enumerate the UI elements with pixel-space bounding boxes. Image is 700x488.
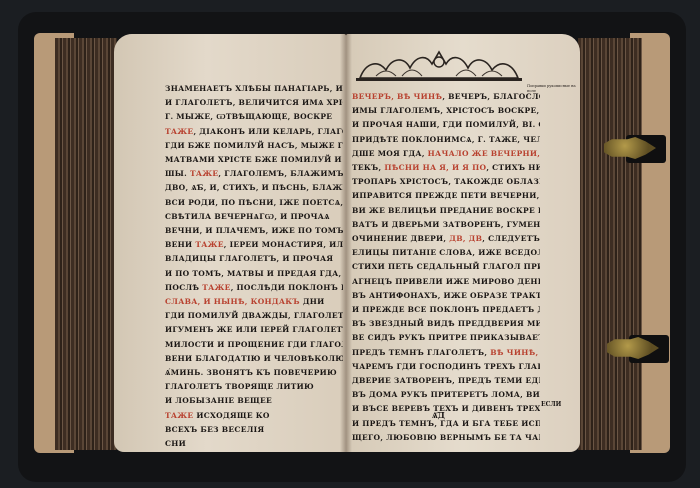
page-edges-right (578, 38, 642, 450)
text-line: ШЫ. ТАЖЕ, ГЛАГОЛЕМЪ, БЛАЖИМЪ ТѦ ВСИ РОДИ (165, 167, 343, 181)
brass-clasp-bottom (607, 333, 667, 363)
folio-number: Ѧ҃Д (432, 410, 445, 420)
text-line: И ВЪСЕ ВЕРЕВЪ ТЕХЪ И ДИВЕНЪ ТРЕХЪ ТРЕХЪ (352, 402, 540, 416)
text-line: ВЪ ДОМА РУКЪ ПРИТЕРЕТЪ ЛОМА, ВИДѢНИЕ РУК… (352, 388, 540, 402)
text-line: ТЕКЪ, ПѢСНИ НА Я, И Я ПО, СТИХЪ НИ (352, 161, 540, 175)
text-line: И ГЛАГОЛЕТЪ, ВЕЛИЧИТСЯ ИМѦ ХРІСТОВ ВІНКР… (165, 96, 343, 110)
text-line: И ПРОЧАЯ НАШИ, ГДИ ПОМИЛУЙ, ВІ. СЛАВА, И… (352, 118, 540, 132)
text-line: И ПРЕЖДЕ ВСЕ ПОКЛОНЪ ПРЕДАЕТЪ ДВЕРИ ЗАТВ… (352, 303, 540, 317)
text-line: ВСИ РОДИ, ПО ПѢСНИ, ІЖЕ ПОЕТСѦ, Ѧ, ВЕЧЕР (165, 196, 343, 210)
text-line: ПРЕДЪ ТЕМНЪ ГЛАГОЛЕТЪ, ВѢ ЧИНѢ, ГДИ, ВЕЛ… (352, 346, 540, 360)
text-line: Ѧ́МИНЬ. ЗВОНЯТЪ КЪ ПОВЕЧЕРИЮ (165, 366, 343, 380)
text-line: ВИ ЖЕ ВЕЛИЦѢИ ПРЕДАНИЕ ВОСКРЕ ПОЧЕТИ ЕГО… (352, 204, 540, 218)
text-line: ВЕ СИДЪ РУКЪ ПРИТРЕ ПРИКАЗЫВАЕТЪ ТЕМНЫХЪ (352, 331, 540, 345)
text-line: ВЛАДИЦЫ ГЛАГОЛЕТЪ, И ПРОЧАЯ (165, 252, 343, 266)
text-line: ЩЕГО, ЛЮБОВІЮ ВЕРНЫМЪ БЕ ТА ЧАКІАЕТЕ (352, 431, 540, 445)
text-line: СВѢТИЛА ВЕЧЕРНѦГѠ, И ПРОЧАѦ (165, 210, 343, 224)
text-line: ТАЖЕ ИСХОДЯЩЕ КО (165, 409, 343, 423)
text-line: И ПРЕДЪ ТЕМНЪ, ГДА И БГА ТЕБЕ ИСПОВЕДА, … (352, 417, 540, 431)
headpiece-ornament-icon (356, 48, 522, 84)
text-line: ИГУМЕНЪ ЖЕ ИЛИ ІЕРЕЙ ГЛАГОЛЕТЪ БЛАГОВЕНИ… (165, 323, 343, 337)
text-line: ВЕНИ БЛАГОДАТІЮ И ЧЕЛОВѢКОЛЮБІЕМЪ (165, 352, 343, 366)
text-line: МИЛОСТИ И ПРОЩЕНИЕ ГДИ ГЛАГОЛЕТЪ (165, 338, 343, 352)
text-line: ВАТЪ И ДВЕРЬМИ ЗАТВОРЕНЪ, ГУМЕНЪ ИНАЧЕ (352, 218, 540, 232)
text-line: ОЧИНЕНИЕ ДВЕРИ, ДВ, ДВ, СЛЕДУЕТЪ ИЖЕ, МИ… (352, 232, 540, 246)
text-line: ВЪ АНТИФОНАХЪ, ИЖЕ ОБРАЗЕ ТРАКТЪ СВЯЩЕН (352, 289, 540, 303)
text-line: ИМЫ ГЛАГОЛЕМЪ, ХРІСТОСЪ ВОСКРЕ, Г. И ТРО… (352, 104, 540, 118)
text-line: ВЕЧНИ, И ПЛАЧЕМЪ, ИЖЕ ПО ТОМЪ (165, 224, 343, 238)
text-line: ПОСЛѢ ТАЖЕ, ПОСЛѢДИ ПОКЛОНЪ И ПРОЧАЯ (165, 281, 343, 295)
text-line: И ЛОБЫЗАНІЕ ВЕЩЕЕ (165, 394, 343, 408)
text-line: ТАЖЕ, ДІАКОНЪ ИЛИ КЕЛАРЬ, ГЛАГОЛЕТЪ (165, 125, 343, 139)
text-line: ДВЕРИЕ ЗАТВОРЕНЪ, ПРЕДЪ ТЕМИ ЕДИНЪ МИРЪ (352, 374, 540, 388)
text-line: ВЕЧЕРЪ, ВѢ ЧИНѢ, ВЕЧЕРЪ, БЛАГОСЛОВЕНЪ (352, 90, 540, 104)
text-line: ТРОПАРЬ ХРІСТОСЪ, ТАКОЖДЕ ОБЛАЗНИ, ИЖЕ И (352, 175, 540, 189)
text-line: ДВО, Ѧ̃Б, И, СТИХЪ, И ПѢСНЬ, БЛАЖИМЪ (165, 181, 343, 195)
text-line: СЛАВА, И НЫНѢ, КОНДАКЪ ДНИ (165, 295, 343, 309)
text-line: ГЛАГОЛЕТЪ ТВОРЯЩЕ ЛИТИЮ (165, 380, 343, 394)
text-line: Г. МЫЖЕ, ѠТВѢЩАЮЩЕ, ВОСКРЕ (165, 110, 343, 124)
page-edges-left (55, 38, 117, 450)
left-page-text: ЗНАМЕНАЕТЪ ХЛѢБЫ ПАНАГІАРЬ, И ГЛАГОЛЕТЪИ… (165, 82, 343, 451)
text-line: ВЪ ЗВЕЗДНЫЙ ВИДѢ ПРЕДДВЕРИЯ МИРЪ ДАРЪ (352, 317, 540, 331)
text-line: ГДИ ПОМИЛУЙ ДВАЖДЫ, ГЛАГОЛЕТЪ (165, 309, 343, 323)
text-line: МАТВАМИ ХРІСТЕ БЖЕ ПОМИЛУЙ И СПСИ ДШЫ (165, 153, 343, 167)
text-line: СТИХИ ПЕТЬ СЕДАЛЬНЫЙ ГЛАГОЛ ПРИ (352, 260, 540, 274)
text-line: ЕЛИЦЫ ПИТАНІЕ СЛОВА, ИЖЕ ВСЕДОЛЖНЪ И ПЕВ… (352, 246, 540, 260)
text-line: ИПРАВИТСЯ ПРЕЖДЕ ПЕТИ ВЕЧЕРНИ, ИЖЕ ОБЛАЧ… (352, 189, 540, 203)
text-line: ПРИДѢТЕ ПОКЛОНИМСѦ, Г. ТАЖЕ, ЧЕЛОМЪ, БЛА… (352, 133, 540, 147)
text-line: ДШЕ МОЯ ГДА, НАЧАЛО ЖЕ ВЕЧЕРНИ, НАГДИ ВО… (352, 147, 540, 161)
text-line: ВЕНИ ТАЖЕ, ІЕРЕИ МОНАСТИРЯ, ИЛИ СВЯТОМЪ (165, 238, 343, 252)
text-line: ГДИ БЖЕ ПОМИЛУЙ НАСЪ, МЫЖЕ ГЛАГОЛЕМЪ (165, 139, 343, 153)
text-line: ЗНАМЕНАЕТЪ ХЛѢБЫ ПАНАГІАРЬ, И ГЛАГОЛЕТЪ (165, 82, 343, 96)
text-line: СНИ (165, 437, 343, 451)
catchword: ЕСЛИ (541, 401, 561, 408)
text-line: ВСЕХЪ БЕЗ ВЕСЕЛІЯ (165, 423, 343, 437)
brass-clasp-top (604, 133, 664, 163)
text-line: И ПО ТОМЪ, МАТВЫ И ПРЕДАЯ ГДА, И ЕЩЕ (165, 267, 343, 281)
text-line: АГНЕЦЪ ПРИВЕЛИ ИЖЕ МИРОВО ДЕНЬ (352, 275, 540, 289)
right-page-text: ВЕЧЕРЪ, ВѢ ЧИНѢ, ВЕЧЕРЪ, БЛАГОСЛОВЕНЪИМЫ… (352, 90, 540, 445)
text-line: ЧАРЕМЪ ГДИ ГОСПОДИНЪ ТРЕХЪ ГЛАГОЛЕТЪ ЦЕР… (352, 360, 540, 374)
